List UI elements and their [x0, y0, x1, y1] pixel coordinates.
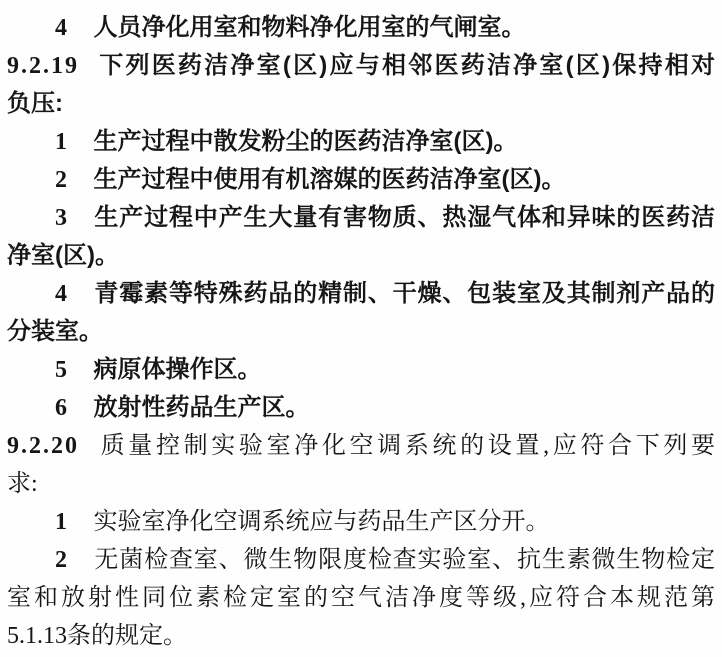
clause-number: 9.2.19 — [7, 53, 79, 79]
item-number: 4 — [55, 281, 68, 307]
text-line: 1实验室净化空调系统应与药品生产区分开。 — [7, 503, 715, 541]
clause-9-2-20-item-1: 1实验室净化空调系统应与药品生产区分开。 — [7, 503, 715, 541]
clause-9-2-19-item-3: 3生产过程中产生大量有害物质、热湿气体和异味的医药洁 净室(区)。 — [7, 199, 715, 275]
item-text: 生产过程中产生大量有害物质、热湿气体和异味的医药洁 — [94, 204, 716, 231]
text-line: 3生产过程中产生大量有害物质、热湿气体和异味的医药洁 — [7, 199, 715, 237]
text-line: 分装室。 — [7, 313, 715, 351]
text-line: 1生产过程中散发粉尘的医药洁净室(区)。 — [7, 123, 715, 161]
item-text: 放射性药品生产区。 — [94, 394, 310, 421]
item-number: 2 — [55, 167, 68, 193]
text-line: 9.2.20质量控制实验室净化空调系统的设置,应符合下列要 — [7, 427, 715, 465]
item-number: 1 — [55, 129, 68, 155]
item-number: 6 — [55, 395, 68, 421]
clause-number: 9.2.20 — [7, 433, 79, 459]
text-line: 5.1.13条的规定。 — [7, 617, 715, 655]
clause-text: 下列医药洁净室(区)应与相邻医药洁净室(区)保持相对 — [97, 52, 715, 79]
clause-9-2-19-item-2: 2生产过程中使用有机溶媒的医药洁净室(区)。 — [7, 161, 715, 199]
item-number: 4 — [55, 15, 68, 41]
text-line: 4青霉素等特殊药品的精制、干燥、包装室及其制剂产品的 — [7, 275, 715, 313]
item-text: 实验室净化空调系统应与药品生产区分开。 — [94, 509, 550, 535]
item-text: 室和放射性同位素检定室的空气洁净度等级,应符合本规范第 — [7, 585, 715, 611]
text-line: 2生产过程中使用有机溶媒的医药洁净室(区)。 — [7, 161, 715, 199]
item-text: 病原体操作区。 — [94, 356, 262, 383]
clause-9-2-19-item-6: 6放射性药品生产区。 — [7, 389, 715, 427]
clause-9-2-19-item-4: 4青霉素等特殊药品的精制、干燥、包装室及其制剂产品的 分装室。 — [7, 275, 715, 351]
clause-9-2-20: 9.2.20质量控制实验室净化空调系统的设置,应符合下列要 求: — [7, 427, 715, 503]
item-text: 5.1.13条的规定。 — [7, 623, 187, 649]
item-number: 5 — [55, 357, 68, 383]
item-text: 生产过程中使用有机溶媒的医药洁净室(区)。 — [94, 166, 566, 193]
item-text: 净室(区)。 — [7, 242, 119, 269]
prev-clause-item-4: 4人员净化用室和物料净化用室的气闸室。 — [7, 9, 715, 47]
text-line: 负压: — [7, 85, 715, 123]
item-number: 1 — [55, 509, 68, 535]
clause-9-2-19: 9.2.19下列医药洁净室(区)应与相邻医药洁净室(区)保持相对 负压: — [7, 47, 715, 123]
text-line: 净室(区)。 — [7, 237, 715, 275]
item-number: 3 — [55, 205, 68, 231]
text-line: 4人员净化用室和物料净化用室的气闸室。 — [7, 9, 715, 47]
text-line: 2无菌检查室、微生物限度检查实验室、抗生素微生物检定 — [7, 541, 715, 579]
clause-text: 负压: — [7, 90, 63, 117]
item-text: 分装室。 — [7, 318, 103, 345]
text-line: 9.2.19下列医药洁净室(区)应与相邻医药洁净室(区)保持相对 — [7, 47, 715, 85]
text-line: 6放射性药品生产区。 — [7, 389, 715, 427]
item-text: 人员净化用室和物料净化用室的气闸室。 — [94, 14, 526, 41]
item-text: 无菌检查室、微生物限度检查实验室、抗生素微生物检定 — [94, 547, 716, 573]
clause-9-2-19-item-5: 5病原体操作区。 — [7, 351, 715, 389]
text-line: 求: — [7, 465, 715, 503]
item-number: 2 — [55, 547, 68, 573]
clause-9-2-20-item-2: 2无菌检查室、微生物限度检查实验室、抗生素微生物检定 室和放射性同位素检定室的空… — [7, 541, 715, 655]
clause-9-2-19-item-1: 1生产过程中散发粉尘的医药洁净室(区)。 — [7, 123, 715, 161]
clause-text: 求: — [7, 471, 38, 497]
item-text: 青霉素等特殊药品的精制、干燥、包装室及其制剂产品的 — [94, 280, 716, 307]
item-text: 生产过程中散发粉尘的医药洁净室(区)。 — [94, 128, 518, 155]
text-line: 5病原体操作区。 — [7, 351, 715, 389]
text-line: 室和放射性同位素检定室的空气洁净度等级,应符合本规范第 — [7, 579, 715, 617]
document-page: 4人员净化用室和物料净化用室的气闸室。 9.2.19下列医药洁净室(区)应与相邻… — [0, 0, 722, 657]
clause-text: 质量控制实验室净化空调系统的设置,应符合下列要 — [97, 433, 715, 459]
